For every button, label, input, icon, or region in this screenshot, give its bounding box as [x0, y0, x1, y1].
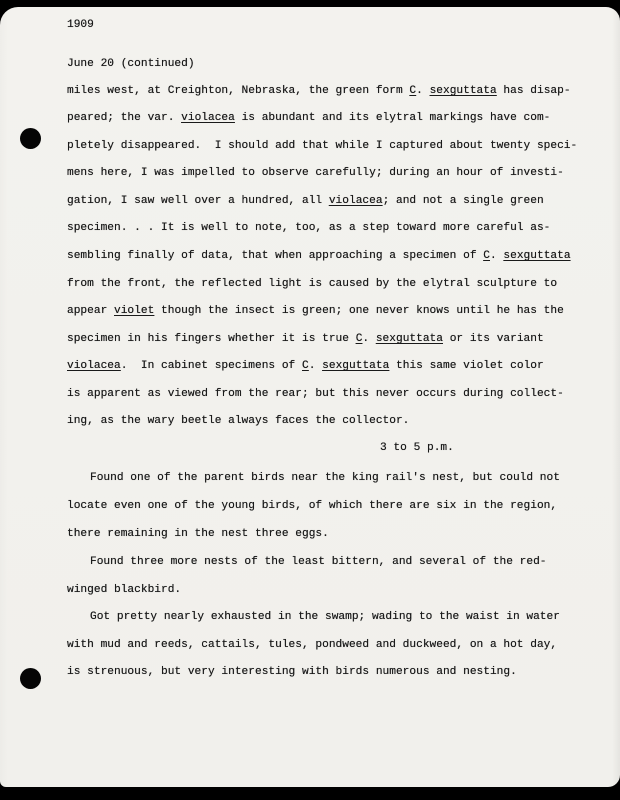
text-segment: .: [416, 85, 429, 97]
underlined-term: sexguttata: [376, 333, 443, 345]
text-segment: ing, as the wary beetle always faces the…: [67, 415, 409, 427]
body-line: specimen. . . It is well to note, too, a…: [67, 221, 550, 235]
text-segment: pletely disappeared. I should add that w…: [67, 140, 577, 152]
text-segment: .: [362, 333, 375, 345]
body-line: peared; the var. violacea is abundant an…: [67, 111, 550, 125]
paragraph-king-rail-line-1: Found one of the parent birds near the k…: [90, 471, 560, 485]
punch-hole-bottom: [20, 668, 41, 689]
underlined-term: violet: [114, 305, 154, 317]
punch-hole-top: [20, 128, 41, 149]
date-heading: June 20 (continued): [67, 57, 195, 71]
text-segment: or its variant: [443, 333, 544, 345]
body-line: is apparent as viewed from the rear; but…: [67, 387, 564, 401]
paragraph-bittern-line-1: Found three more nests of the least bitt…: [90, 555, 547, 569]
time-marker: 3 to 5 p.m.: [380, 441, 454, 455]
text-segment: ; and not a single green: [383, 195, 544, 207]
underlined-term: C: [302, 360, 309, 372]
underlined-term: violacea: [329, 195, 383, 207]
paragraph-king-rail-line-3: there remaining in the nest three eggs.: [67, 527, 329, 541]
paragraph-king-rail-line-2: locate even one of the young birds, of w…: [67, 499, 557, 513]
underlined-term: C: [483, 250, 490, 262]
text-segment: though the insect is green; one never kn…: [154, 305, 564, 317]
paragraph-bittern-line-2: winged blackbird.: [67, 583, 181, 597]
body-line: from the front, the reflected light is c…: [67, 277, 557, 291]
underlined-term: sexguttata: [430, 85, 497, 97]
body-line: pletely disappeared. I should add that w…: [67, 139, 577, 153]
text-segment: specimen. . . It is well to note, too, a…: [67, 222, 550, 234]
body-line: appear violet though the insect is green…: [67, 304, 564, 318]
year-label: 1909: [67, 18, 94, 32]
underlined-term: violacea: [67, 360, 121, 372]
text-segment: is apparent as viewed from the rear; but…: [67, 388, 564, 400]
text-segment: has disap-: [497, 85, 571, 97]
body-line: violacea. In cabinet specimens of C. sex…: [67, 359, 544, 373]
text-segment: .: [309, 360, 322, 372]
text-segment: this same violet color: [389, 360, 543, 372]
underlined-term: sexguttata: [322, 360, 389, 372]
text-segment: . In cabinet specimens of: [121, 360, 302, 372]
text-segment: specimen in his fingers whether it is tr…: [67, 333, 356, 345]
text-segment: appear: [67, 305, 114, 317]
paragraph-swamp-line-2: with mud and reeds, cattails, tules, pon…: [67, 638, 557, 652]
body-line: specimen in his fingers whether it is tr…: [67, 332, 544, 346]
body-line: gation, I saw well over a hundred, all v…: [67, 194, 544, 208]
paragraph-swamp-line-1: Got pretty nearly exhausted in the swamp…: [90, 610, 560, 624]
paragraph-swamp-line-3: is strenuous, but very interesting with …: [67, 665, 517, 679]
body-line: ing, as the wary beetle always faces the…: [67, 414, 409, 428]
text-segment: is abundant and its elytral markings hav…: [235, 112, 551, 124]
text-segment: .: [490, 250, 503, 262]
underlined-term: violacea: [181, 112, 235, 124]
body-line: sembling finally of data, that when appr…: [67, 249, 571, 263]
body-line: mens here, I was impelled to observe car…: [67, 166, 564, 180]
text-segment: miles west, at Creighton, Nebraska, the …: [67, 85, 409, 97]
text-segment: sembling finally of data, that when appr…: [67, 250, 483, 262]
text-segment: mens here, I was impelled to observe car…: [67, 167, 564, 179]
body-line: miles west, at Creighton, Nebraska, the …: [67, 84, 571, 98]
underlined-term: sexguttata: [503, 250, 570, 262]
text-segment: peared; the var.: [67, 112, 181, 124]
text-segment: gation, I saw well over a hundred, all: [67, 195, 329, 207]
text-segment: from the front, the reflected light is c…: [67, 278, 557, 290]
